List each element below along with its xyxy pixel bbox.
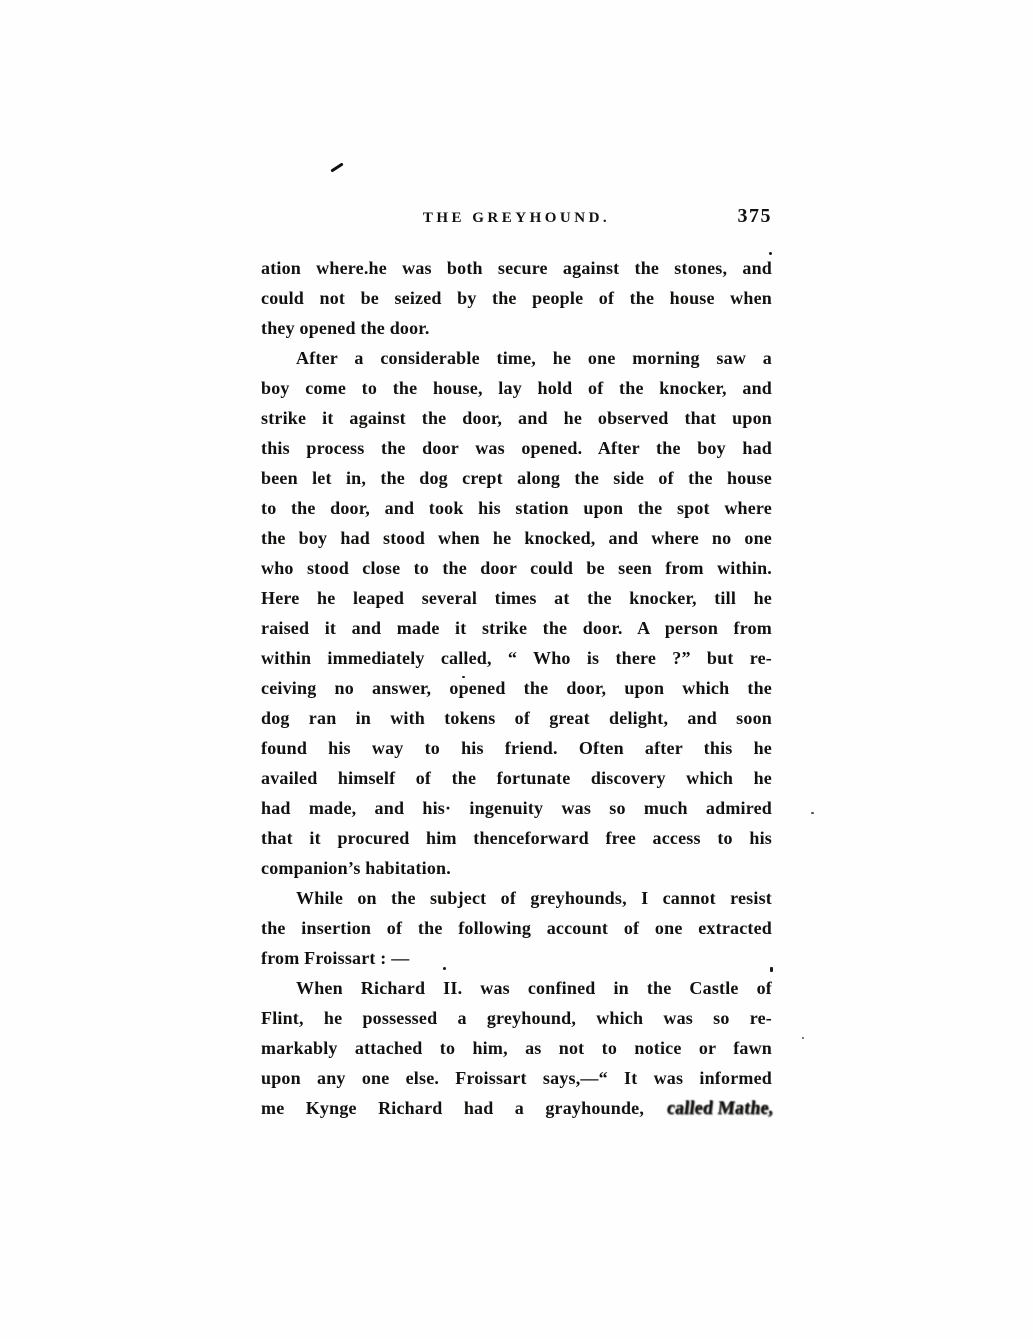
text-run: the insertion of the following account o… <box>261 918 772 938</box>
text-run: that it procured him thenceforward free … <box>261 828 772 848</box>
text-line: Flint, he possessed a greyhound, which w… <box>261 1003 772 1033</box>
text-line: could not be seized by the people of the… <box>261 283 772 313</box>
text-line: Here he leaped several times at the knoc… <box>261 583 772 613</box>
text-run: After a considerable time, he one mornin… <box>296 348 772 368</box>
text-run: companion’s habitation. <box>261 858 451 878</box>
scan-speck <box>802 1037 804 1039</box>
scanned-page: THE GREYHOUND. 375 ation where.he was bo… <box>0 0 1033 1339</box>
text-line: After a considerable time, he one mornin… <box>261 343 772 373</box>
text-run: this process the door was opened. After … <box>261 438 772 458</box>
text-run: been let in, the dog crept along the sid… <box>261 468 772 488</box>
running-title: THE GREYHOUND. <box>261 210 772 227</box>
text-line: markably attached to him, as not to noti… <box>261 1033 772 1063</box>
paragraph: ation where.he was both secure against t… <box>261 253 772 343</box>
text-run: dog ran in with tokens of great delight,… <box>261 708 772 728</box>
text-line: had made, and his· ingenuity was so much… <box>261 793 772 823</box>
text-line: dog ran in with tokens of great delight,… <box>261 703 772 733</box>
text-line: me Kynge Richard had a grayhounde, calle… <box>261 1093 772 1123</box>
paragraph: While on the subject of greyhounds, I ca… <box>261 883 772 973</box>
text-line: availed himself of the fortunate discove… <box>261 763 772 793</box>
text-line: When Richard II. was confined in the Cas… <box>261 973 772 1003</box>
text-run: markably attached to him, as not to noti… <box>261 1038 772 1058</box>
text-line: they opened the door. <box>261 313 772 343</box>
text-line: who stood close to the door could be see… <box>261 553 772 583</box>
text-line: upon any one else. Froissart says,—“ It … <box>261 1063 772 1093</box>
text-line: the insertion of the following account o… <box>261 913 772 943</box>
paragraph: After a considerable time, he one mornin… <box>261 343 772 883</box>
text-line: raised it and made it strike the door. A… <box>261 613 772 643</box>
text-line: strike it against the door, and he obser… <box>261 403 772 433</box>
text-line: within immediately called, “ Who is ther… <box>261 643 772 673</box>
text-run: had made, and his· ingenuity was so much… <box>261 798 772 818</box>
text-line: the boy had stood when he knocked, and w… <box>261 523 772 553</box>
text-run: within immediately called, “ Who is ther… <box>261 648 772 668</box>
text-run: strike it against the door, and he obser… <box>261 408 772 428</box>
text-run: upon any one else. Froissart says,—“ It … <box>261 1068 772 1088</box>
text-run: ation where.he was both secure against t… <box>261 258 772 278</box>
text-line: to the door, and took his station upon t… <box>261 493 772 523</box>
text-run: Here he leaped several times at the knoc… <box>261 588 772 608</box>
text-run: from Froissart : — <box>261 948 409 968</box>
ink-mark <box>330 162 343 172</box>
text-line: this process the door was opened. After … <box>261 433 772 463</box>
text-run: When Richard II. was confined in the Cas… <box>296 978 772 998</box>
text-line: boy come to the house, lay hold of the k… <box>261 373 772 403</box>
text-run: availed himself of the fortunate discove… <box>261 768 772 788</box>
page-number: 375 <box>738 205 773 228</box>
scan-speck <box>462 676 465 678</box>
text-line: ation where.he was both secure against t… <box>261 253 772 283</box>
text-line: While on the subject of greyhounds, I ca… <box>261 883 772 913</box>
text-block: ation where.he was both secure against t… <box>261 253 772 1123</box>
scan-speck <box>769 252 772 255</box>
text-line: ceiving no answer, opened the door, upon… <box>261 673 772 703</box>
paragraph: When Richard II. was confined in the Cas… <box>261 973 772 1123</box>
scan-speck <box>770 967 773 972</box>
text-run: found his way to his friend. Often after… <box>261 738 772 758</box>
text-run: While on the subject of greyhounds, I ca… <box>296 888 772 908</box>
text-run: ceiving no answer, opened the door, upon… <box>261 678 772 698</box>
scan-speck <box>811 812 814 814</box>
text-run: the boy had stood when he knocked, and w… <box>261 528 772 548</box>
text-run: Flint, he possessed a greyhound, which w… <box>261 1008 772 1028</box>
text-run: could not be seized by the people of the… <box>261 288 772 308</box>
text-line: from Froissart : — <box>261 943 772 973</box>
text-line: companion’s habitation. <box>261 853 772 883</box>
text-line: that it procured him thenceforward free … <box>261 823 772 853</box>
text-run: me Kynge Richard had a grayhounde, <box>261 1098 665 1118</box>
text-run: boy come to the house, lay hold of the k… <box>261 378 772 398</box>
text-line: found his way to his friend. Often after… <box>261 733 772 763</box>
text-run: who stood close to the door could be see… <box>261 558 772 578</box>
page-header: THE GREYHOUND. 375 <box>261 207 772 231</box>
text-run: they opened the door. <box>261 318 430 338</box>
text-run: to the door, and took his station upon t… <box>261 498 772 518</box>
scan-speck <box>443 967 446 970</box>
text-run: raised it and made it strike the door. A… <box>261 618 772 638</box>
text-line: been let in, the dog crept along the sid… <box>261 463 772 493</box>
smudged-text: called Mathe, <box>665 1092 775 1123</box>
